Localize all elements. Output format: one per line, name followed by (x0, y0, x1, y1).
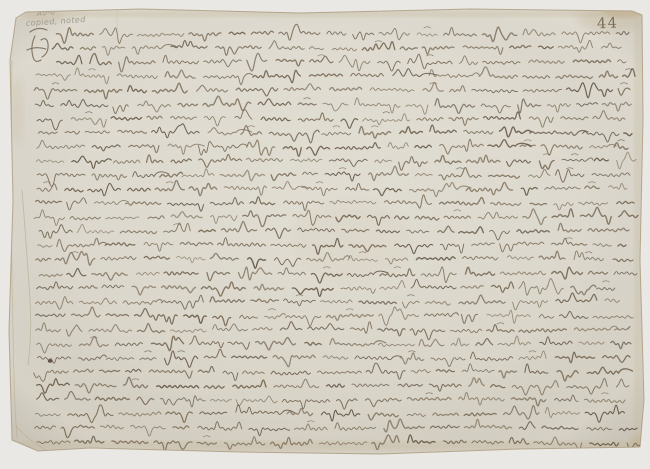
manuscript-scan: Ao-d copied, noted 44 (0, 0, 650, 469)
stain (10, 76, 24, 144)
manuscript-photo: Ao-d copied, noted 44 (0, 0, 650, 469)
stain (290, 200, 410, 280)
folio-number: 44 (597, 15, 619, 32)
